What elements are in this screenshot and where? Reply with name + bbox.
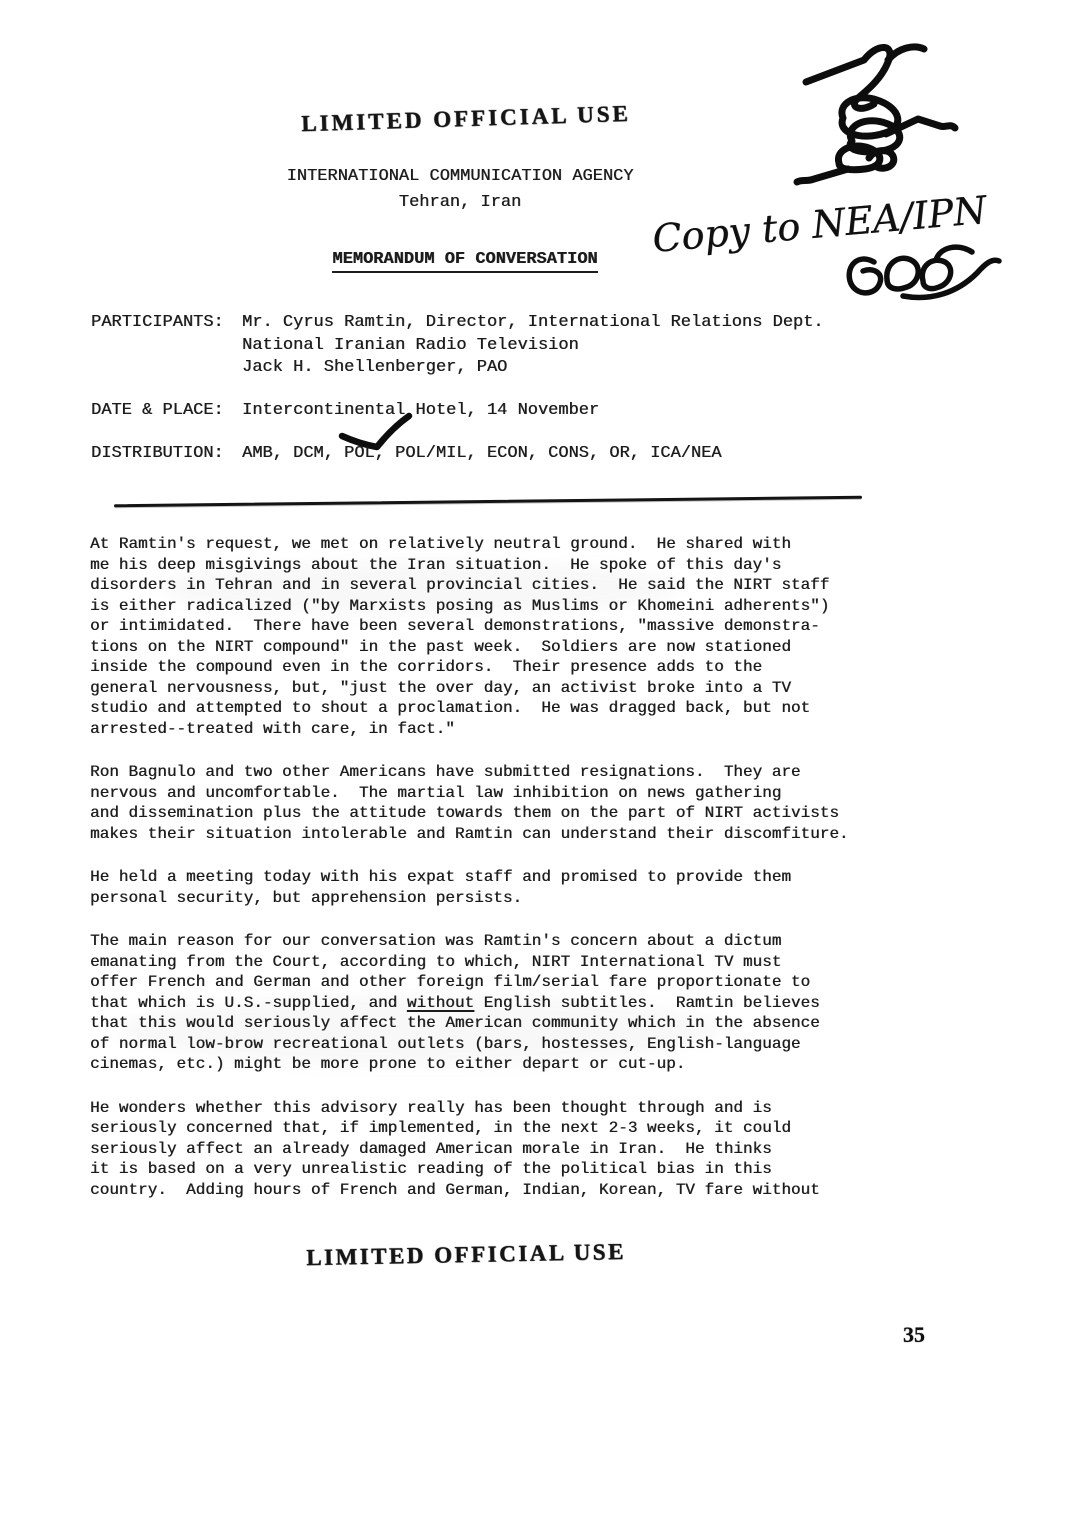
body-line-text: He held a meeting today with his expat s… bbox=[90, 868, 791, 886]
body-line-text: it is based on a very unrealistic readin… bbox=[90, 1160, 772, 1178]
meta-label: DISTRIBUTION: bbox=[91, 443, 224, 466]
meta-value: Intercontinental Hotel, 14 November bbox=[242, 400, 599, 423]
initials-scribble-icon bbox=[849, 247, 999, 297]
body-line-text: tions on the NIRT compound" in the past … bbox=[90, 638, 791, 656]
body-line-text: general nervousness, but, "just the over… bbox=[90, 679, 791, 697]
body-line-text: cinemas, etc.) might be more prone to ei… bbox=[90, 1055, 685, 1073]
document-page: LIMITED OFFICIAL USE INTERNATIONAL COMMU… bbox=[0, 0, 1067, 1513]
body-line-text: makes their situation intolerable and Ra… bbox=[90, 825, 849, 843]
body-line-text: offer French and German and other foreig… bbox=[90, 973, 810, 991]
body-line-text: Ron Bagnulo and two other Americans have… bbox=[90, 763, 801, 781]
signature-scribble-icon bbox=[797, 47, 955, 182]
body-paragraph: At Ramtin's request, we met on relativel… bbox=[90, 534, 960, 739]
meta-label: PARTICIPANTS: bbox=[91, 312, 224, 335]
body-text: At Ramtin's request, we met on relativel… bbox=[90, 534, 960, 1223]
body-line-text: At Ramtin's request, we met on relativel… bbox=[90, 535, 791, 553]
body-line-text: country. Adding hours of French and Germ… bbox=[90, 1181, 820, 1199]
classification-stamp-bottom: LIMITED OFFICIAL USE bbox=[250, 1238, 682, 1272]
body-paragraph: The main reason for our conversation was… bbox=[90, 931, 960, 1075]
body-line-text: and dissemination plus the attitude towa… bbox=[90, 804, 839, 822]
separator-rule bbox=[114, 496, 862, 507]
body-line-text: personal security, but apprehension pers… bbox=[90, 889, 522, 907]
body-line-text: seriously concerned that, if implemented… bbox=[90, 1119, 791, 1137]
body-line-text: me his deep misgivings about the Iran si… bbox=[90, 556, 781, 574]
body-line-text: or intimidated. There have been several … bbox=[90, 617, 820, 635]
underlined-text: without bbox=[407, 994, 474, 1012]
body-line-text: is either radicalized ("by Marxists posi… bbox=[90, 597, 829, 615]
body-line-text: He wonders whether this advisory really … bbox=[90, 1099, 772, 1117]
copy-note-annotation: Copy to NEA/IPN bbox=[651, 188, 990, 261]
body-line-text: arrested--treated with care, in fact." bbox=[90, 720, 455, 738]
body-paragraph: He wonders whether this advisory really … bbox=[90, 1098, 960, 1201]
meta-value: AMB, DCM, POL, POL/MIL, ECON, CONS, OR, … bbox=[242, 443, 721, 466]
body-line-text: The main reason for our conversation was… bbox=[90, 932, 781, 950]
body-line-text: disorders in Tehran and in several provi… bbox=[90, 576, 829, 594]
body-line-text: studio and attempted to shout a proclama… bbox=[90, 699, 810, 717]
body-line-text: inside the compound even in the corridor… bbox=[90, 658, 762, 676]
body-line-text: nervous and uncomfortable. The martial l… bbox=[90, 784, 781, 802]
body-line-text: that this would seriously affect the Ame… bbox=[90, 1014, 820, 1032]
body-line-text: English subtitles. Ramtin believes bbox=[474, 994, 820, 1012]
body-line-text: of normal low-brow recreational outlets … bbox=[90, 1035, 801, 1053]
meta-label: DATE & PLACE: bbox=[91, 400, 224, 423]
body-paragraph: Ron Bagnulo and two other Americans have… bbox=[90, 762, 960, 844]
page-number: 35 bbox=[903, 1322, 925, 1348]
handwritten-annotations: Copy to NEA/IPN bbox=[600, 20, 1030, 320]
body-line-text: emanating from the Court, according to w… bbox=[90, 953, 781, 971]
body-line-text: that which is U.S.-supplied, and bbox=[90, 994, 407, 1012]
document-title-text: MEMORANDUM OF CONVERSATION bbox=[332, 250, 597, 273]
meta-value: Mr. Cyrus Ramtin, Director, Internationa… bbox=[242, 312, 824, 380]
body-paragraph: He held a meeting today with his expat s… bbox=[90, 867, 960, 908]
body-line-text: seriously affect an already damaged Amer… bbox=[90, 1140, 772, 1158]
